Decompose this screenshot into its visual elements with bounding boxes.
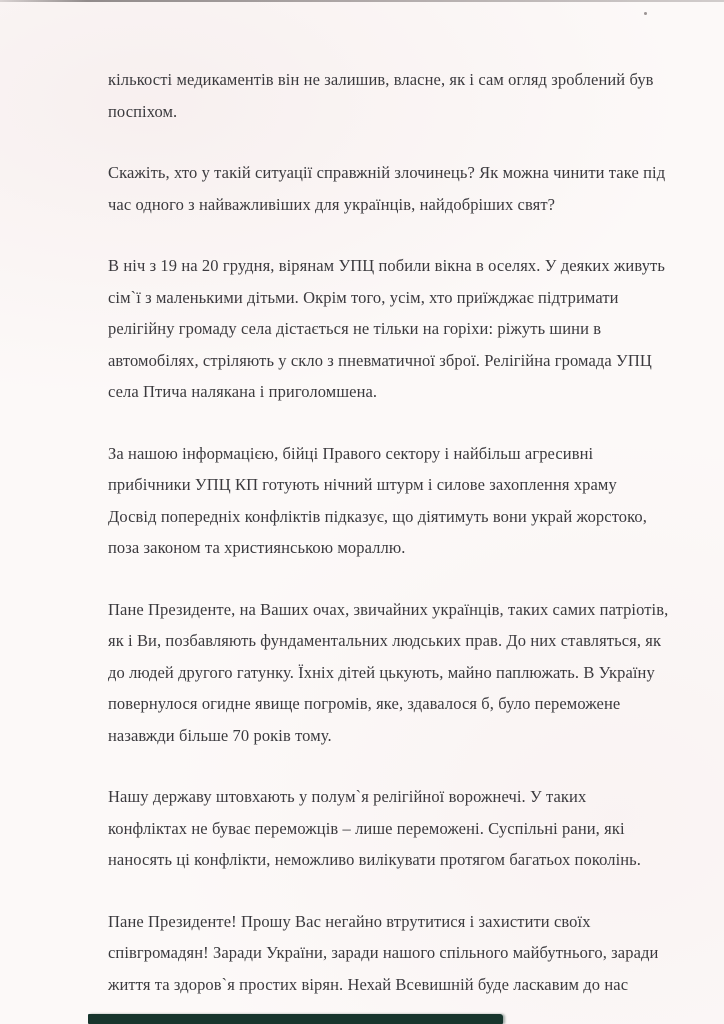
scan-bottom-bar-artifact	[88, 1014, 503, 1024]
paragraph-3: В ніч з 19 на 20 грудня, вірянам УПЦ поб…	[108, 250, 669, 408]
paragraph-5: Пане Президенте, на Ваших очах, звичайни…	[108, 594, 669, 752]
paragraph-1: кількості медикаментів він не залишив, в…	[108, 64, 669, 127]
paragraph-4: За нашою інформацією, бійці Правого сект…	[108, 438, 669, 564]
paragraph-2: Скажіть, хто у такій ситуації справжній …	[108, 157, 669, 220]
paragraph-6: Нашу державу штовхають у полум`я релігій…	[108, 781, 669, 876]
paragraph-7: Пане Президенте! Прошу Вас негайно втрут…	[108, 906, 669, 1001]
letter-body: кількості медикаментів він не залишив, в…	[0, 0, 724, 1024]
scanned-page: кількості медикаментів він не залишив, в…	[0, 0, 724, 1024]
